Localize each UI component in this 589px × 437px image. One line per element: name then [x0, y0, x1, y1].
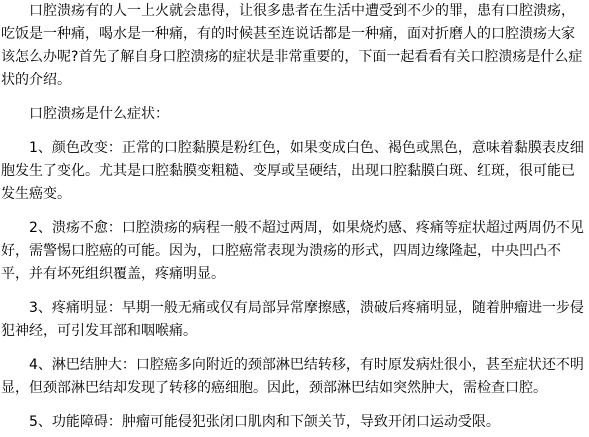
- symptom-item-3: 3、疼痛明显：早期一般无痛或仅有局部异常摩擦感，溃破后疼痛明显，随着肿瘤进一步侵…: [1, 297, 588, 343]
- symptom-item-2: 2、溃疡不愈：口腔溃疡的病程一般不超过两周，如果烧灼感、疼痛等症状超过两周仍不见…: [1, 217, 588, 286]
- symptom-item-1: 1、颜色改变：正常的口腔黏膜是粉红色，如果变成白色、褐色或黑色，意味着黏膜表皮细…: [1, 137, 588, 206]
- oral-ulcer-article: 口腔溃疡有的人一上火就会患得，让很多患者在生活中遭受到不少的罪，患有口腔溃疡，吃…: [0, 0, 589, 434]
- symptom-item-4: 4、淋巴结肿大：口腔癌多向附近的颈部淋巴结转移，有时原发病灶很小，甚至症状还不明…: [1, 354, 588, 400]
- intro-paragraph: 口腔溃疡有的人一上火就会患得，让很多患者在生活中遭受到不少的罪，患有口腔溃疡，吃…: [1, 0, 588, 92]
- section-heading: 口腔溃疡是什么症状：: [1, 103, 588, 126]
- symptom-item-5: 5、功能障碍：肿瘤可能侵犯张闭口肌肉和下颌关节，导致开闭口运动受限。: [1, 411, 588, 434]
